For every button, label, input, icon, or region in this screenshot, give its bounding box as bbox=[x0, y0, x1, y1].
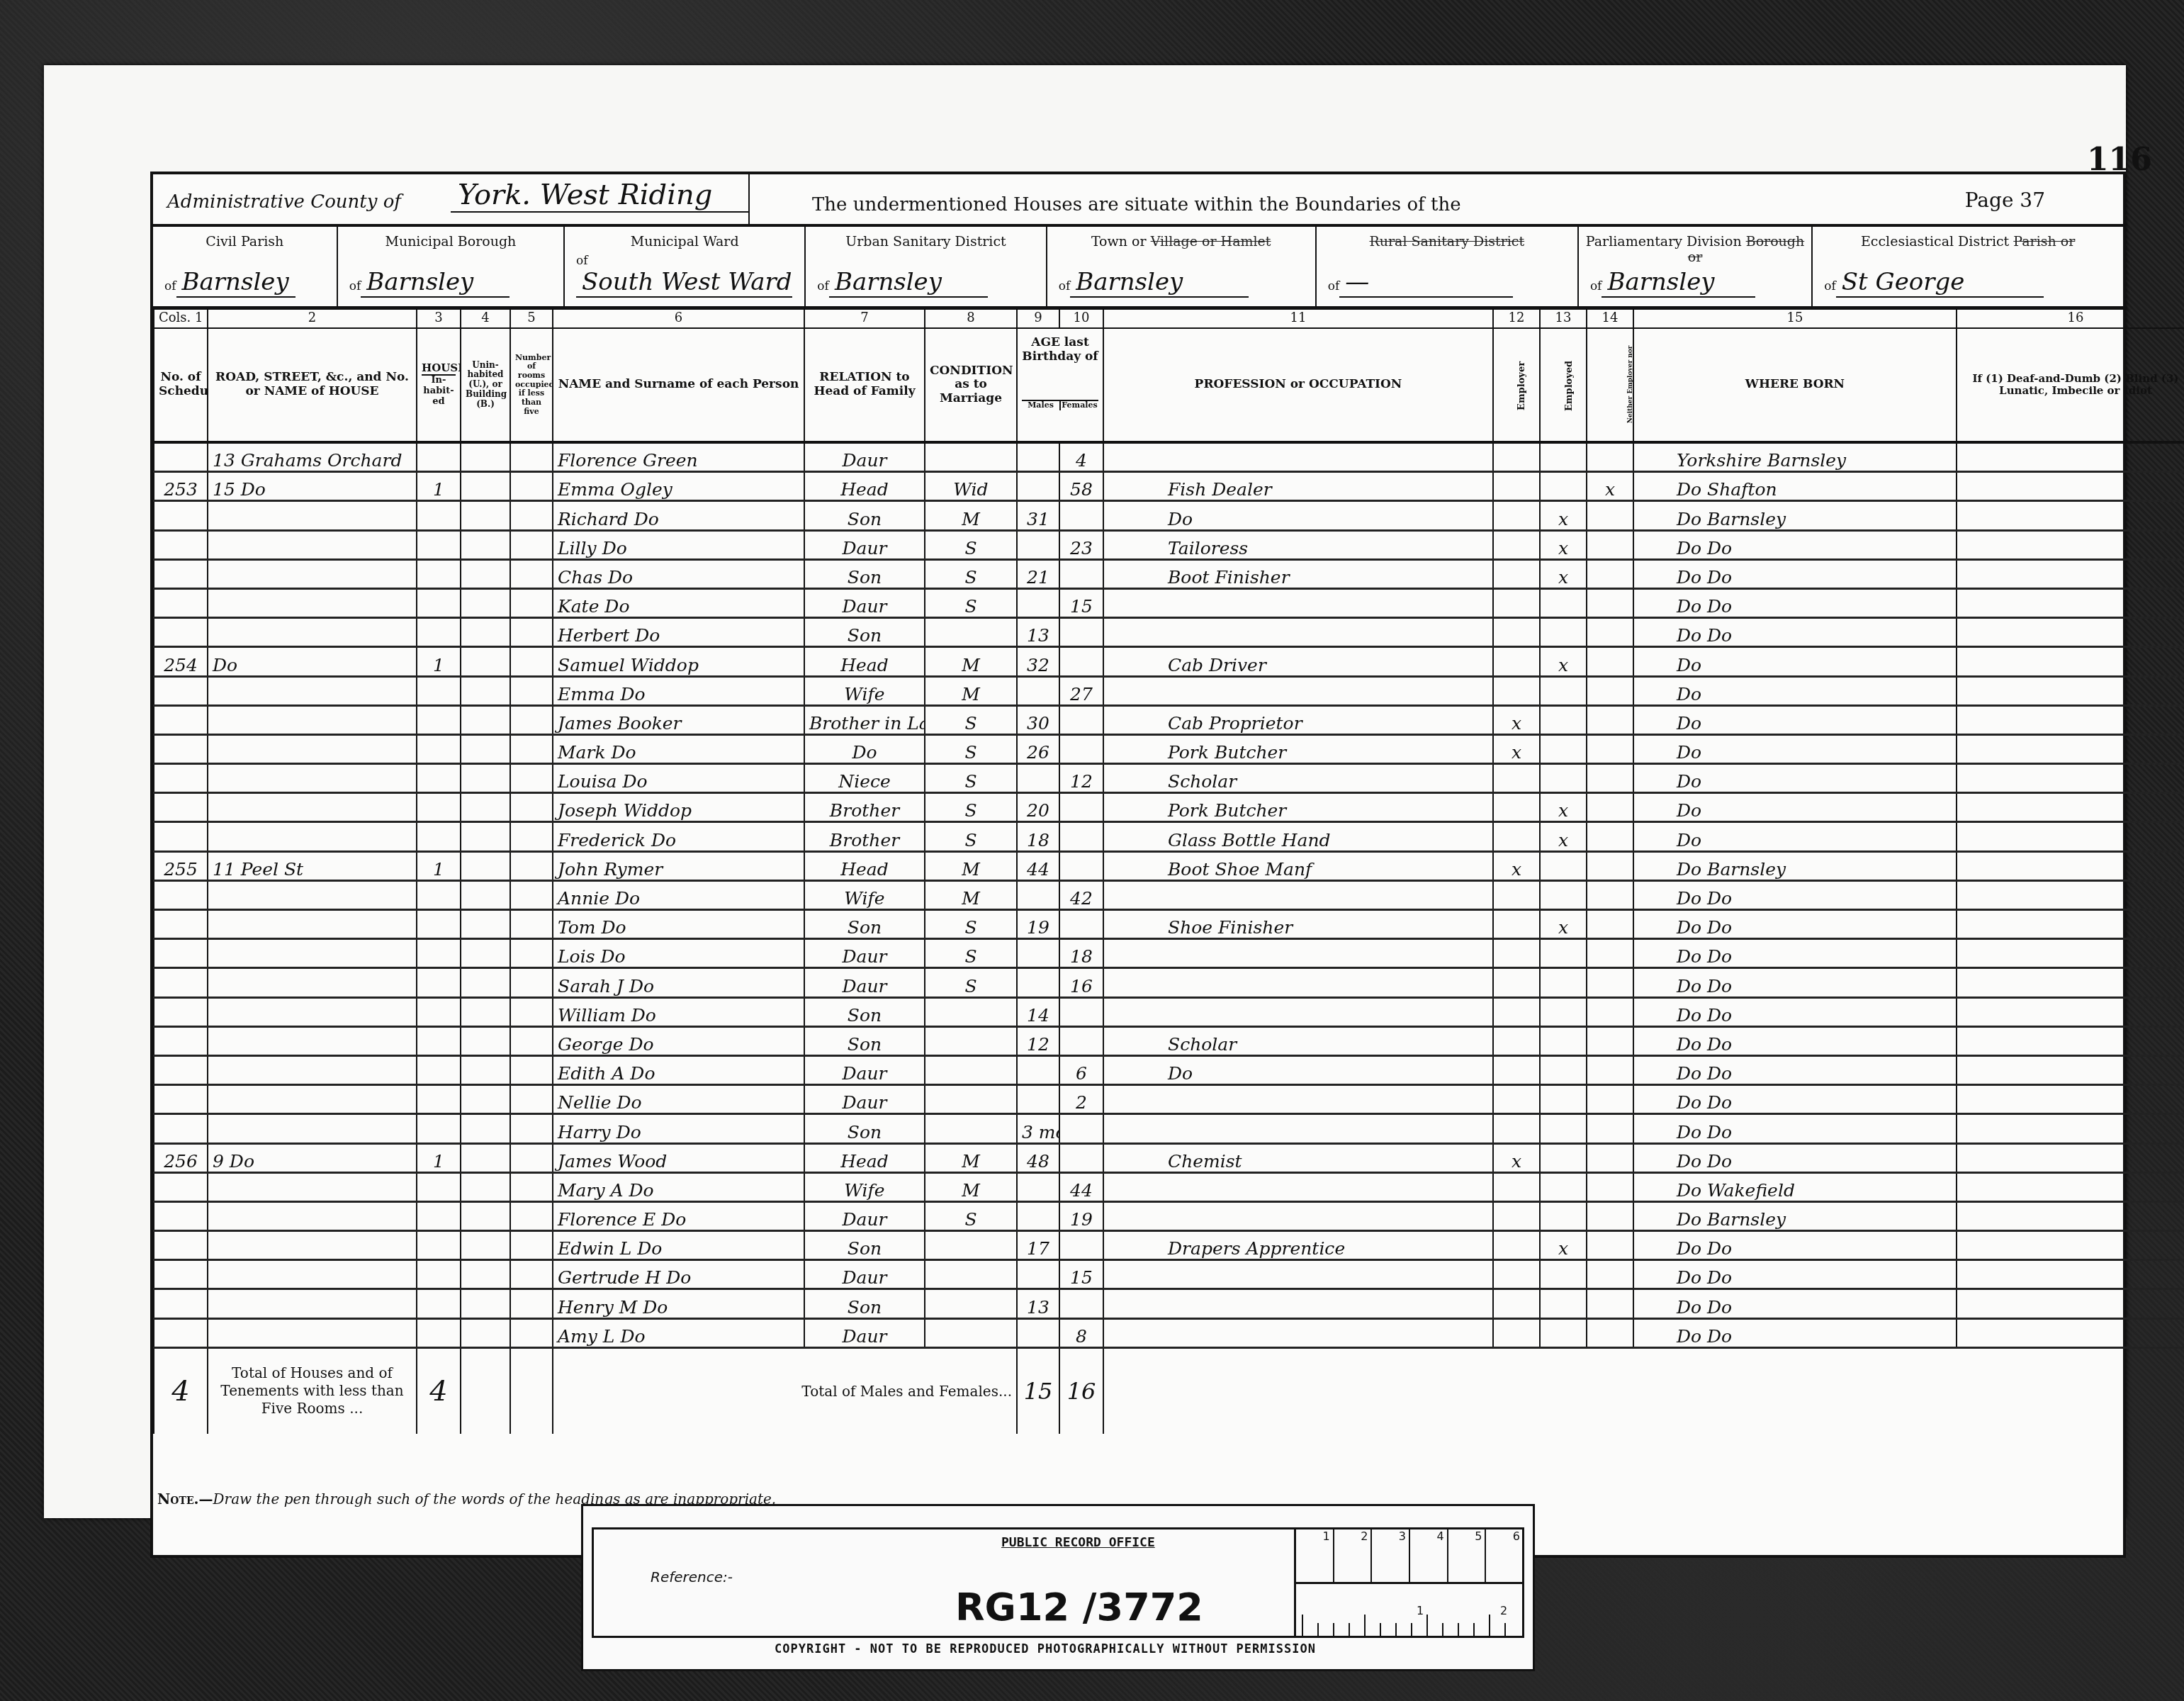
cell-occupation: Pork Butcher bbox=[1103, 734, 1493, 763]
cell-born: Do Do bbox=[1633, 910, 1957, 939]
column-headings: No. of Schedule ROAD, STREET, &c., and N… bbox=[154, 328, 2184, 442]
heading-rooms: Number of rooms occupied if less than fi… bbox=[510, 328, 553, 442]
cell-occupation: Scholar bbox=[1103, 1026, 1493, 1055]
census-row: Mary A DoWifeM44Do Wakefield bbox=[154, 1172, 2184, 1201]
district-5: Rural Sanitary Districtof— bbox=[1317, 227, 1579, 306]
cell-road bbox=[208, 1289, 417, 1318]
cell-employed bbox=[1540, 472, 1587, 501]
census-row: Joseph WiddopBrotherS20Pork ButcherxDo bbox=[154, 793, 2184, 822]
cell-road bbox=[208, 676, 417, 705]
cell-employed: x bbox=[1540, 1231, 1587, 1260]
cell-employer bbox=[1493, 530, 1540, 559]
cell-neither bbox=[1587, 705, 1633, 734]
ruler-cm-mark: 4 bbox=[1410, 1529, 1448, 1582]
cell-uninhabited bbox=[461, 705, 510, 734]
cell-road bbox=[208, 1260, 417, 1289]
cell-male-age bbox=[1017, 1172, 1059, 1201]
cell-inhabited bbox=[417, 822, 461, 851]
cell-uninhabited bbox=[461, 1055, 510, 1084]
census-row: Florence E DoDaurS19Do Barnsley bbox=[154, 1201, 2184, 1230]
cell-employer bbox=[1493, 559, 1540, 588]
cell-inhabited bbox=[417, 1260, 461, 1289]
cell-neither bbox=[1587, 851, 1633, 880]
column-number: 4 bbox=[461, 309, 510, 328]
heading-employer-text: Employer bbox=[1517, 361, 1528, 410]
census-row: 2569 Do1James WoodHeadM48ChemistxDo Do bbox=[154, 1143, 2184, 1172]
cell-male-age: 20 bbox=[1017, 793, 1059, 822]
cell-road bbox=[208, 1172, 417, 1201]
cell-neither bbox=[1587, 1260, 1633, 1289]
cell-name: William Do bbox=[553, 997, 804, 1026]
cell-infirmity bbox=[1957, 559, 2184, 588]
cell-relation: Son bbox=[804, 1289, 925, 1318]
cell-inhabited: 1 bbox=[417, 647, 461, 676]
cell-female-age bbox=[1059, 734, 1103, 763]
cell-born: Do Wakefield bbox=[1633, 1172, 1957, 1201]
cell-inhabited bbox=[417, 1026, 461, 1055]
cell-inhabited bbox=[417, 1114, 461, 1143]
cell-male-age: 48 bbox=[1017, 1143, 1059, 1172]
cell-neither bbox=[1587, 734, 1633, 763]
census-row: Louisa DoNieceS12ScholarDo bbox=[154, 764, 2184, 793]
cell-schedule: 255 bbox=[154, 851, 208, 880]
cell-rooms bbox=[510, 968, 553, 997]
cell-infirmity bbox=[1957, 1055, 2184, 1084]
cell-uninhabited bbox=[461, 1318, 510, 1347]
cell-uninhabited bbox=[461, 442, 510, 472]
cell-female-age bbox=[1059, 559, 1103, 588]
cell-born: Do Do bbox=[1633, 588, 1957, 617]
census-row: William DoSon14Do Do bbox=[154, 997, 2184, 1026]
district-struck-text: Rural Sanitary District bbox=[1369, 234, 1524, 249]
cell-born: Do Do bbox=[1633, 618, 1957, 647]
cell-male-age: 30 bbox=[1017, 705, 1059, 734]
cell-name: Florence Green bbox=[553, 442, 804, 472]
cell-employed bbox=[1540, 1026, 1587, 1055]
cell-employed bbox=[1540, 1143, 1587, 1172]
cell-name: Amy L Do bbox=[553, 1318, 804, 1347]
cell-road bbox=[208, 530, 417, 559]
cell-uninhabited bbox=[461, 501, 510, 530]
heading-females: Females bbox=[1061, 401, 1098, 410]
boundaries-text: The undermentioned Houses are situate wi… bbox=[812, 194, 1461, 215]
form-header: Administrative County of York. West Ridi… bbox=[153, 174, 2123, 227]
cell-schedule bbox=[154, 822, 208, 851]
cell-rooms bbox=[510, 559, 553, 588]
cell-name: Harry Do bbox=[553, 1114, 804, 1143]
cell-road bbox=[208, 501, 417, 530]
cell-male-age bbox=[1017, 1201, 1059, 1230]
cell-name: Mary A Do bbox=[553, 1172, 804, 1201]
cell-road bbox=[208, 822, 417, 851]
cell-uninhabited bbox=[461, 1231, 510, 1260]
cell-condition bbox=[925, 1055, 1017, 1084]
cell-name: James Booker bbox=[553, 705, 804, 734]
district-prefix: of bbox=[164, 279, 176, 293]
cell-employer bbox=[1493, 880, 1540, 909]
cell-neither bbox=[1587, 822, 1633, 851]
cell-uninhabited bbox=[461, 793, 510, 822]
cell-schedule bbox=[154, 1114, 208, 1143]
cell-born: Do Do bbox=[1633, 1055, 1957, 1084]
cell-employer bbox=[1493, 822, 1540, 851]
cell-employed bbox=[1540, 705, 1587, 734]
cell-schedule bbox=[154, 764, 208, 793]
cell-relation: Daur bbox=[804, 1201, 925, 1230]
cell-born: Do bbox=[1633, 822, 1957, 851]
cell-neither bbox=[1587, 588, 1633, 617]
cell-inhabited bbox=[417, 1318, 461, 1347]
cell-female-age bbox=[1059, 1289, 1103, 1318]
cell-infirmity bbox=[1957, 1318, 2184, 1347]
cell-employed: x bbox=[1540, 822, 1587, 851]
district-prefix: of bbox=[1059, 279, 1071, 293]
cell-born: Do Do bbox=[1633, 1026, 1957, 1055]
cell-condition: S bbox=[925, 910, 1017, 939]
cell-relation: Daur bbox=[804, 1318, 925, 1347]
census-form: Administrative County of York. West Ridi… bbox=[150, 172, 2126, 1558]
record-office-label: PUBLIC RECORD OFFICE bbox=[1001, 1535, 1155, 1550]
cell-schedule bbox=[154, 1231, 208, 1260]
cell-uninhabited bbox=[461, 1026, 510, 1055]
cell-female-age bbox=[1059, 705, 1103, 734]
cell-male-age bbox=[1017, 1055, 1059, 1084]
cell-rooms bbox=[510, 734, 553, 763]
district-label-text: Town or bbox=[1091, 234, 1147, 249]
cell-rooms bbox=[510, 1201, 553, 1230]
cell-name: Lois Do bbox=[553, 939, 804, 968]
cell-road bbox=[208, 1085, 417, 1114]
cell-male-age: 44 bbox=[1017, 851, 1059, 880]
cell-rooms bbox=[510, 588, 553, 617]
ruler-tick bbox=[1349, 1623, 1350, 1636]
district-label-text: Civil Parish bbox=[206, 234, 283, 249]
cell-name: Lilly Do bbox=[553, 530, 804, 559]
heading-uninhabited: Unin-habited (U.), or Building (B.) bbox=[461, 328, 510, 442]
cell-female-age: 16 bbox=[1059, 968, 1103, 997]
cell-inhabited bbox=[417, 968, 461, 997]
census-table: Cols. 12345678910111213141516 No. of Sch… bbox=[153, 309, 2184, 1434]
census-row: Lois DoDaurS18Do Do bbox=[154, 939, 2184, 968]
cell-inhabited bbox=[417, 705, 461, 734]
column-number: Cols. 1 bbox=[154, 309, 208, 328]
cell-uninhabited bbox=[461, 880, 510, 909]
cell-relation: Daur bbox=[804, 968, 925, 997]
cell-relation: Daur bbox=[804, 1085, 925, 1114]
cell-employer bbox=[1493, 939, 1540, 968]
cell-condition bbox=[925, 997, 1017, 1026]
cell-rooms bbox=[510, 1026, 553, 1055]
cell-relation: Niece bbox=[804, 764, 925, 793]
column-number: 6 bbox=[553, 309, 804, 328]
column-number: 12 bbox=[1493, 309, 1540, 328]
cell-born: Do Do bbox=[1633, 1085, 1957, 1114]
cell-name: Herbert Do bbox=[553, 618, 804, 647]
cell-inhabited bbox=[417, 1289, 461, 1318]
cell-employed: x bbox=[1540, 793, 1587, 822]
heading-infirmity: If (1) Deaf-and-Dumb (2) Blind (3) Lunat… bbox=[1957, 328, 2184, 442]
cell-born: Do Do bbox=[1633, 1114, 1957, 1143]
cell-uninhabited bbox=[461, 968, 510, 997]
district-label: Rural Sanitary District bbox=[1317, 227, 1577, 249]
cell-rooms bbox=[510, 618, 553, 647]
cell-employer bbox=[1493, 501, 1540, 530]
cell-female-age: 27 bbox=[1059, 676, 1103, 705]
cell-name: James Wood bbox=[553, 1143, 804, 1172]
cell-name: Edith A Do bbox=[553, 1055, 804, 1084]
cell-condition: S bbox=[925, 764, 1017, 793]
cell-schedule bbox=[154, 1026, 208, 1055]
ruler-tick bbox=[1302, 1615, 1303, 1636]
district-struck-text: Parish or bbox=[2013, 234, 2075, 249]
cell-condition: S bbox=[925, 588, 1017, 617]
cell-occupation bbox=[1103, 1114, 1493, 1143]
cell-inhabited bbox=[417, 939, 461, 968]
cell-born: Do Do bbox=[1633, 939, 1957, 968]
cell-name: George Do bbox=[553, 1026, 804, 1055]
heading-condition: CONDITION as to Marriage bbox=[925, 328, 1017, 442]
cell-condition bbox=[925, 1085, 1017, 1114]
cell-born: Do bbox=[1633, 705, 1957, 734]
heading-employed-text: Employed bbox=[1565, 361, 1575, 411]
cell-occupation bbox=[1103, 997, 1493, 1026]
census-row: Kate DoDaurS15Do Do bbox=[154, 588, 2184, 617]
cell-road bbox=[208, 880, 417, 909]
census-row: Tom DoSonS19Shoe FinisherxDo Do bbox=[154, 910, 2184, 939]
column-number: 3 bbox=[417, 309, 461, 328]
cell-schedule bbox=[154, 734, 208, 763]
cell-neither bbox=[1587, 793, 1633, 822]
cell-occupation: Chemist bbox=[1103, 1143, 1493, 1172]
district-value: ofBarnsley bbox=[1590, 268, 1801, 298]
cell-condition: M bbox=[925, 647, 1017, 676]
district-label: Parliamentary Division Borough or bbox=[1579, 227, 1811, 265]
cell-name: Kate Do bbox=[553, 588, 804, 617]
district-3: Urban Sanitary DistrictofBarnsley bbox=[806, 227, 1047, 306]
district-prefix: of bbox=[1590, 279, 1602, 293]
cell-employer bbox=[1493, 968, 1540, 997]
heading-road: ROAD, STREET, &c., and No. or NAME of HO… bbox=[208, 328, 417, 442]
cell-inhabited bbox=[417, 559, 461, 588]
cell-relation: Head bbox=[804, 1143, 925, 1172]
cell-condition: Wid bbox=[925, 472, 1017, 501]
cell-road: 9 Do bbox=[208, 1143, 417, 1172]
cell-employed bbox=[1540, 997, 1587, 1026]
cell-relation: Head bbox=[804, 472, 925, 501]
heading-inhabited-text: In-habit-ed bbox=[423, 375, 454, 407]
cell-occupation bbox=[1103, 618, 1493, 647]
cell-male-age bbox=[1017, 968, 1059, 997]
cell-male-age: 32 bbox=[1017, 647, 1059, 676]
cell-female-age bbox=[1059, 618, 1103, 647]
cell-uninhabited bbox=[461, 1085, 510, 1114]
district-prefix: of bbox=[1824, 279, 1836, 293]
cell-employer bbox=[1493, 1026, 1540, 1055]
ruler-inches: 12 bbox=[1296, 1584, 1524, 1636]
cell-female-age: 8 bbox=[1059, 1318, 1103, 1347]
cell-relation: Wife bbox=[804, 676, 925, 705]
cell-infirmity bbox=[1957, 676, 2184, 705]
cell-condition bbox=[925, 1318, 1017, 1347]
cell-relation: Son bbox=[804, 1026, 925, 1055]
cell-neither bbox=[1587, 442, 1633, 472]
census-row: Herbert DoSon13Do Do bbox=[154, 618, 2184, 647]
cell-schedule bbox=[154, 1260, 208, 1289]
cell-employer bbox=[1493, 793, 1540, 822]
cell-road bbox=[208, 559, 417, 588]
district-label: Municipal Ward bbox=[565, 227, 804, 249]
cell-rooms bbox=[510, 1231, 553, 1260]
census-row: Nellie DoDaur2Do Do bbox=[154, 1085, 2184, 1114]
cell-male-age: 31 bbox=[1017, 501, 1059, 530]
district-handwritten-value: South West Ward bbox=[576, 268, 792, 298]
cell-occupation: Cab Proprietor bbox=[1103, 705, 1493, 734]
cell-uninhabited bbox=[461, 734, 510, 763]
column-number: 14 bbox=[1587, 309, 1633, 328]
census-row: 25511 Peel St1John RymerHeadM44Boot Shoe… bbox=[154, 851, 2184, 880]
total-males: 15 bbox=[1017, 1347, 1059, 1434]
heading-males: Males bbox=[1022, 401, 1061, 410]
cell-born: Do Shafton bbox=[1633, 472, 1957, 501]
total-houses-label: Total of Houses and of Tenements with le… bbox=[208, 1347, 417, 1434]
cell-schedule bbox=[154, 1318, 208, 1347]
cell-schedule: 256 bbox=[154, 1143, 208, 1172]
cell-occupation bbox=[1103, 939, 1493, 968]
cell-neither bbox=[1587, 1026, 1633, 1055]
cell-male-age: 13 bbox=[1017, 1289, 1059, 1318]
cell-name: Emma Ogley bbox=[553, 472, 804, 501]
cell-inhabited: 1 bbox=[417, 1143, 461, 1172]
cell-rooms bbox=[510, 1085, 553, 1114]
census-rows: 13 Grahams OrchardFlorence GreenDaur4Yor… bbox=[154, 442, 2184, 1347]
cell-schedule: 253 bbox=[154, 472, 208, 501]
cell-employer: x bbox=[1493, 851, 1540, 880]
cell-employer bbox=[1493, 588, 1540, 617]
cell-name: Richard Do bbox=[553, 501, 804, 530]
cell-born: Do bbox=[1633, 793, 1957, 822]
census-row: Edith A DoDaur6DoDo Do bbox=[154, 1055, 2184, 1084]
cell-rooms bbox=[510, 1260, 553, 1289]
cell-female-age bbox=[1059, 647, 1103, 676]
cell-relation: Daur bbox=[804, 530, 925, 559]
cell-employed: x bbox=[1540, 530, 1587, 559]
census-row: 25315 Do1Emma OgleyHeadWid58Fish Dealerx… bbox=[154, 472, 2184, 501]
cell-schedule bbox=[154, 559, 208, 588]
cell-infirmity bbox=[1957, 734, 2184, 763]
cell-schedule bbox=[154, 530, 208, 559]
cell-neither bbox=[1587, 1318, 1633, 1347]
heading-employer: Employer bbox=[1493, 328, 1540, 442]
cell-female-age: 6 bbox=[1059, 1055, 1103, 1084]
cell-born: Yorkshire Barnsley bbox=[1633, 442, 1957, 472]
district-label: Urban Sanitary District bbox=[806, 227, 1045, 249]
cell-male-age: 17 bbox=[1017, 1231, 1059, 1260]
cell-female-age: 2 bbox=[1059, 1085, 1103, 1114]
cell-name: Samuel Widdop bbox=[553, 647, 804, 676]
cell-inhabited bbox=[417, 880, 461, 909]
cell-employer bbox=[1493, 1055, 1540, 1084]
cell-infirmity bbox=[1957, 1289, 2184, 1318]
cell-employed bbox=[1540, 764, 1587, 793]
column-numbers: Cols. 12345678910111213141516 bbox=[154, 309, 2184, 328]
cell-condition: S bbox=[925, 939, 1017, 968]
cell-inhabited bbox=[417, 1085, 461, 1114]
cell-infirmity bbox=[1957, 910, 2184, 939]
reference-card: PUBLIC RECORD OFFICE Reference:- RG12 /3… bbox=[581, 1504, 1535, 1671]
column-number: 7 bbox=[804, 309, 925, 328]
cell-uninhabited bbox=[461, 1201, 510, 1230]
cell-road bbox=[208, 997, 417, 1026]
cell-occupation: Do bbox=[1103, 501, 1493, 530]
cell-occupation bbox=[1103, 968, 1493, 997]
cell-road bbox=[208, 705, 417, 734]
cell-occupation: Pork Butcher bbox=[1103, 793, 1493, 822]
admin-county-box: Administrative County of York. West Ridi… bbox=[153, 174, 750, 224]
cell-neither: x bbox=[1587, 472, 1633, 501]
cell-schedule bbox=[154, 618, 208, 647]
cell-name: Annie Do bbox=[553, 880, 804, 909]
cell-female-age bbox=[1059, 501, 1103, 530]
ruler-tick bbox=[1380, 1623, 1381, 1636]
census-row: Edwin L DoSon17Drapers ApprenticexDo Do bbox=[154, 1231, 2184, 1260]
cell-rooms bbox=[510, 501, 553, 530]
cell-inhabited bbox=[417, 1201, 461, 1230]
cell-occupation bbox=[1103, 676, 1493, 705]
ruler-tick bbox=[1333, 1623, 1334, 1636]
district-handwritten-value: Barnsley bbox=[829, 268, 988, 298]
ruler-tick bbox=[1458, 1623, 1459, 1636]
cell-name: Frederick Do bbox=[553, 822, 804, 851]
cell-name: Florence E Do bbox=[553, 1201, 804, 1230]
cell-road bbox=[208, 1231, 417, 1260]
district-handwritten-value: St George bbox=[1836, 268, 2044, 298]
cell-condition bbox=[925, 1231, 1017, 1260]
cell-inhabited bbox=[417, 764, 461, 793]
cell-employer bbox=[1493, 1318, 1540, 1347]
cell-born: Do bbox=[1633, 647, 1957, 676]
cell-infirmity bbox=[1957, 764, 2184, 793]
cell-inhabited bbox=[417, 1172, 461, 1201]
cell-schedule bbox=[154, 910, 208, 939]
ruler-cm-mark: 6 bbox=[1486, 1529, 1524, 1582]
ruler-tick bbox=[1504, 1623, 1506, 1636]
cell-inhabited bbox=[417, 588, 461, 617]
district-label: Civil Parish bbox=[153, 227, 337, 249]
cell-occupation: Glass Bottle Hand bbox=[1103, 822, 1493, 851]
cell-female-age bbox=[1059, 1231, 1103, 1260]
cell-uninhabited bbox=[461, 676, 510, 705]
cell-uninhabited bbox=[461, 939, 510, 968]
heading-employed: Employed bbox=[1540, 328, 1587, 442]
cell-road bbox=[208, 793, 417, 822]
cell-rooms bbox=[510, 793, 553, 822]
district-label-text: Urban Sanitary District bbox=[845, 234, 1006, 249]
cell-rooms bbox=[510, 851, 553, 880]
cell-relation: Son bbox=[804, 559, 925, 588]
cell-condition: S bbox=[925, 705, 1017, 734]
cell-relation: Daur bbox=[804, 939, 925, 968]
cell-relation: Brother bbox=[804, 822, 925, 851]
cell-inhabited: 1 bbox=[417, 851, 461, 880]
cell-infirmity bbox=[1957, 939, 2184, 968]
heading-age-text: AGE last Birthday of bbox=[1022, 336, 1098, 400]
district-7: Ecclesiastical District Parish orofSt Ge… bbox=[1813, 227, 2123, 306]
cell-road: 11 Peel St bbox=[208, 851, 417, 880]
cell-relation: Son bbox=[804, 997, 925, 1026]
cell-uninhabited bbox=[461, 588, 510, 617]
cell-infirmity bbox=[1957, 880, 2184, 909]
cell-uninhabited bbox=[461, 910, 510, 939]
